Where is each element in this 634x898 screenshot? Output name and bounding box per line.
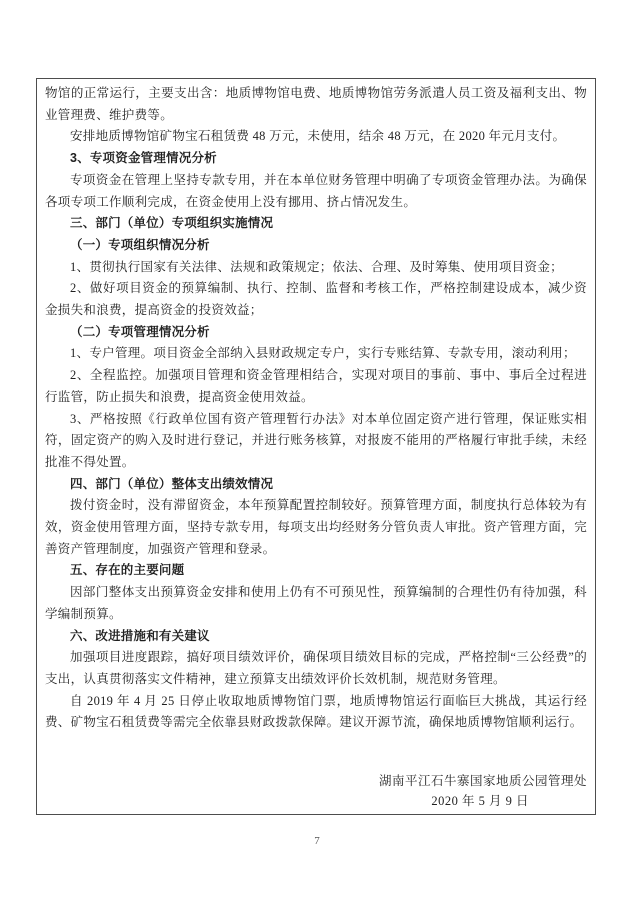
signature-block: 湖南平江石牛寨国家地质公园管理处 2020 年 5 月 9 日 bbox=[45, 771, 587, 811]
paragraph: 2、全程监控。加强项目管理和资金管理相结合，实现对项目的事前、事中、事后全过程进… bbox=[45, 365, 587, 408]
paragraph: 专项资金在管理上坚持专款专用，并在本单位财务管理中明确了专项资金管理办法。为确保… bbox=[45, 170, 587, 213]
section-heading: 三、部门（单位）专项组织实施情况 bbox=[45, 213, 587, 235]
paragraph: 自 2019 年 4 月 25 日停止收取地质博物馆门票，地质博物馆运行面临巨大… bbox=[45, 691, 587, 734]
section-heading: 六、改进措施和有关建议 bbox=[45, 626, 587, 648]
report-table-cell: 物馆的正常运行，主要支出含：地质博物馆电费、地质博物馆劳务派遣人员工资及福利支出… bbox=[36, 78, 596, 815]
signature-organization: 湖南平江石牛寨国家地质公园管理处 bbox=[45, 771, 587, 791]
page-number: 7 bbox=[0, 835, 634, 847]
paragraph: 拨付资金时，没有滞留资金，本年预算配置控制较好。预算管理方面，制度执行总体较为有… bbox=[45, 495, 587, 560]
paragraph: 1、专户管理。项目资金全部纳入县财政规定专户，实行专账结算、专款专用，滚动利用； bbox=[45, 343, 587, 365]
section-heading: （一）专项组织情况分析 bbox=[45, 235, 587, 257]
document-page: 物馆的正常运行，主要支出含：地质博物馆电费、地质博物馆劳务派遣人员工资及福利支出… bbox=[0, 0, 634, 898]
paragraph: 物馆的正常运行，主要支出含：地质博物馆电费、地质博物馆劳务派遣人员工资及福利支出… bbox=[45, 83, 587, 126]
paragraph: 加强项目进度跟踪，搞好项目绩效评价，确保项目绩效目标的完成，严格控制“三公经费”… bbox=[45, 647, 587, 690]
paragraph: 2、做好项目资金的预算编制、执行、控制、监督和考核工作，严格控制建设成本，减少资… bbox=[45, 278, 587, 321]
paragraph: 1、贯彻执行国家有关法律、法规和政策规定；依法、合理、及时筹集、使用项目资金； bbox=[45, 257, 587, 279]
paragraph: 安排地质博物馆矿物宝石租赁费 48 万元，未使用，结余 48 万元，在 2020… bbox=[45, 126, 587, 148]
paragraph: 因部门整体支出预算资金安排和使用上仍有不可预见性，预算编制的合理性仍有待加强，科… bbox=[45, 582, 587, 625]
section-heading: 四、部门（单位）整体支出绩效情况 bbox=[45, 474, 587, 496]
signature-date: 2020 年 5 月 9 日 bbox=[45, 791, 587, 811]
paragraph: 3、严格按照《行政单位国有资产管理暂行办法》对本单位固定资产进行管理，保证账实相… bbox=[45, 409, 587, 474]
section-heading: （二）专项管理情况分析 bbox=[45, 322, 587, 344]
section-heading: 3、专项资金管理情况分析 bbox=[45, 148, 587, 170]
section-heading: 五、存在的主要问题 bbox=[45, 560, 587, 582]
